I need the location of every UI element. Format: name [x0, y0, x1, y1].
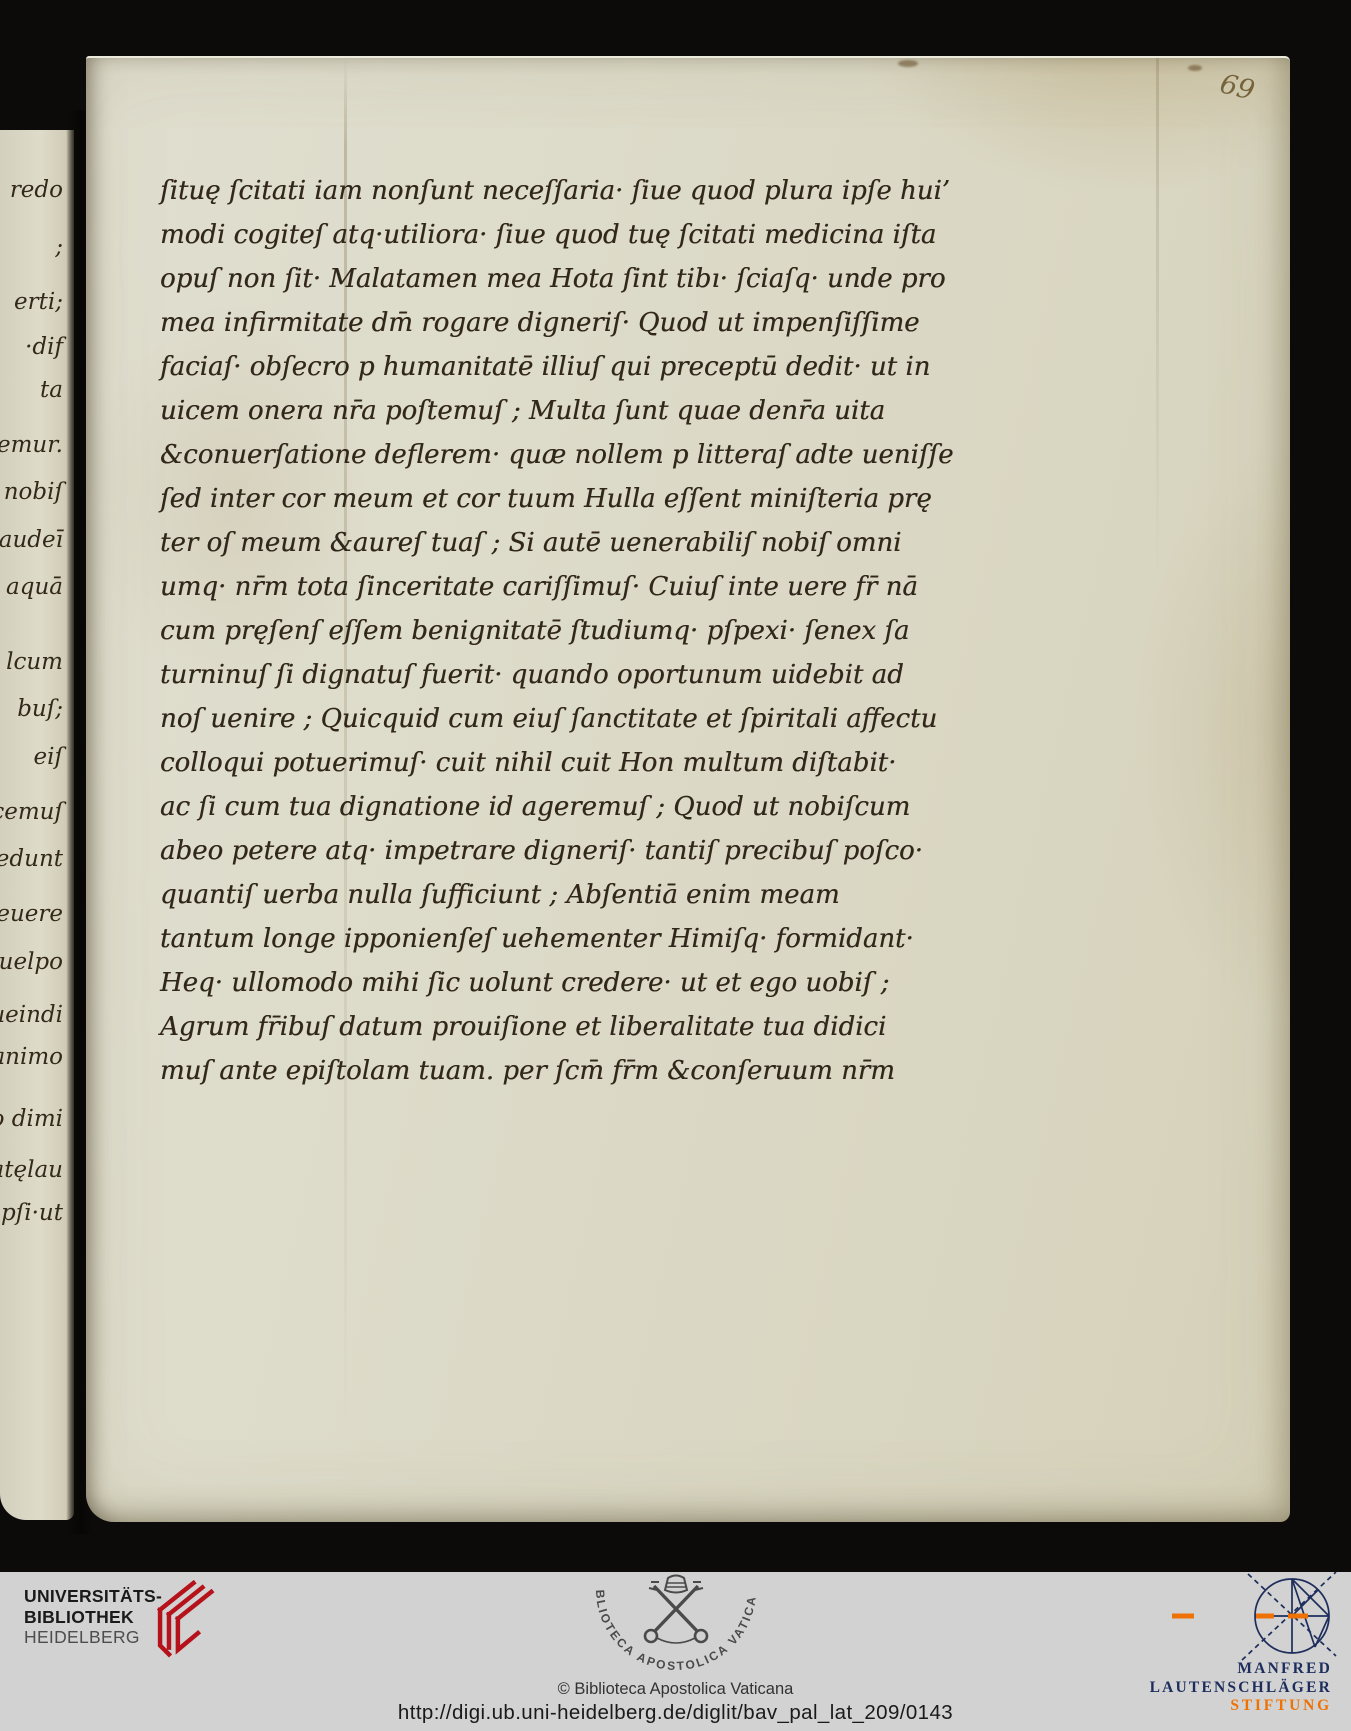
verso-text-fragment: ; [55, 234, 63, 260]
verso-text-fragment: ſanimo [0, 1044, 63, 1070]
verso-text-fragment: aquā [6, 574, 63, 600]
foundation-name-line3: STIFTUNG [1150, 1697, 1332, 1716]
parchment-crease [1156, 58, 1159, 578]
manuscript-line: quantiſ uerba nulla ſufficiunt ; Abſenti… [160, 880, 990, 924]
manuscript-line: muſ ante epiſtolam tuam. per ſcm̄ fr̄m &… [160, 1056, 990, 1100]
verso-text-fragment: demur. [0, 432, 63, 458]
parchment-stain [1188, 65, 1202, 71]
verso-text-fragment: ueindi [0, 1002, 63, 1028]
foundation-wordmark: MANFRED LAUTENSCHLÄGER STIFTUNG [1150, 1660, 1332, 1716]
footer-bar: UNIVERSITÄTS- BIBLIOTHEK HEIDELBERG [0, 1572, 1351, 1731]
foundation-name-line2: LAUTENSCHLÄGER [1150, 1679, 1332, 1698]
manuscript-line: modi cogiteſ atq·utiliora· ſiue quod tuę… [160, 220, 990, 264]
verso-text-fragment: erti; [14, 289, 63, 315]
verso-text-fragment: cemuſ [0, 799, 63, 825]
university-library-logo: UNIVERSITÄTS- BIBLIOTHEK HEIDELBERG [24, 1586, 162, 1648]
manuscript-line: abeo petere atq· impetrare digneriſ· tan… [160, 836, 990, 880]
manuscript-page: 69 ſituę ſcitati iam nonſunt neceſſaria·… [86, 56, 1290, 1522]
manuscript-line: ac ſi cum tua dignatione id ageremuſ ; Q… [160, 792, 990, 836]
manuscript-line: colloqui potuerimuſ· cuit nihil cuit Hon… [160, 748, 990, 792]
manuscript-line: umq· nr̄m tota ſinceritate cariſſimuſ· C… [160, 572, 990, 616]
vatican-library-emblem: BIBLIOTECA APOSTOLICA VATICANA [541, 1574, 811, 1678]
verso-fragment-list: redo;erti;·diftademur.nobiſlaudeīaquālcu… [0, 130, 74, 1520]
foundation-name-line1: MANFRED [1150, 1660, 1332, 1679]
folio-number: 69 [1217, 68, 1258, 106]
verso-text-fragment: ipſi·ut [0, 1200, 63, 1226]
manuscript-line: noſ uenire ; Quicquid cum eiuſ ſanctitat… [160, 704, 990, 748]
verso-text-fragment: lcum [6, 649, 63, 675]
parchment-stain [898, 60, 918, 67]
manuscript-line: Heq· ullomodo mihi ſic uolunt credere· u… [160, 968, 990, 1012]
source-url: http://digi.ub.uni-heidelberg.de/diglit/… [0, 1701, 1351, 1725]
verso-text-fragment: latęlau [0, 1157, 63, 1183]
verso-text-fragment: redunt [0, 846, 63, 872]
manuscript-line: tantum longe ipponienſeſ uehementer Himi… [160, 924, 990, 968]
verso-text-fragment: buſ; [17, 696, 63, 722]
manuscript-line: turninuſ ſi dignatuſ fuerit· quando opor… [160, 660, 990, 704]
manuscript-line: mea infirmitate dm̄ rogare digneriſ· Quo… [160, 308, 990, 352]
manuscript-text-block: ſituę ſcitati iam nonſunt neceſſaria· ſi… [160, 176, 990, 1100]
manuscript-line: cum pręſenſ eſſem benignitatē ſtudiumq· … [160, 616, 990, 660]
open-book-logo-icon [140, 1576, 218, 1668]
copyright-line: © Biblioteca Apostolica Vaticana [0, 1680, 1351, 1699]
verso-text-fragment: ·dif [25, 334, 63, 360]
verso-text-fragment: laudeī [0, 527, 63, 553]
manuscript-line: &conuerſatione deflerem· quæ nollem p li… [160, 440, 990, 484]
verso-text-fragment: queuere [0, 901, 63, 927]
verso-text-fragment: uelpo [0, 949, 63, 975]
foundation-globe-icon [1150, 1572, 1350, 1664]
manuscript-line: ſituę ſcitati iam nonſunt neceſſaria· ſi… [160, 176, 990, 220]
crossed-keys-and-tiara-icon [645, 1576, 707, 1644]
verso-text-fragment: nobiſ [4, 479, 63, 505]
verso-text-fragment: eiſ [34, 744, 63, 770]
manuscript-line: Agrum fr̄ibuſ datum prouiſione et libera… [160, 1012, 990, 1056]
manuscript-line: faciaſ· obſecro p humanitatē illiuſ qui … [160, 352, 990, 396]
digitized-manuscript-scan: redo;erti;·diftademur.nobiſlaudeīaquālcu… [0, 0, 1351, 1731]
facing-page-edge: redo;erti;·diftademur.nobiſlaudeīaquālcu… [0, 130, 74, 1520]
manuscript-line: ſed inter cor meum et cor tuum Hulla eſſ… [160, 484, 990, 528]
verso-text-fragment: ta [40, 377, 63, 403]
manuscript-line: opuſ non ſit· Malatamen mea Hota ſint ti… [160, 264, 990, 308]
manuscript-line: uicem onera nr̄a poſtemuſ ; Multa ſunt q… [160, 396, 990, 440]
verso-text-fragment: redo [10, 177, 63, 203]
manuscript-line: ter oſ meum &aureſ tuaſ ; Si autē uenera… [160, 528, 990, 572]
verso-text-fragment: o dimi [0, 1106, 63, 1132]
